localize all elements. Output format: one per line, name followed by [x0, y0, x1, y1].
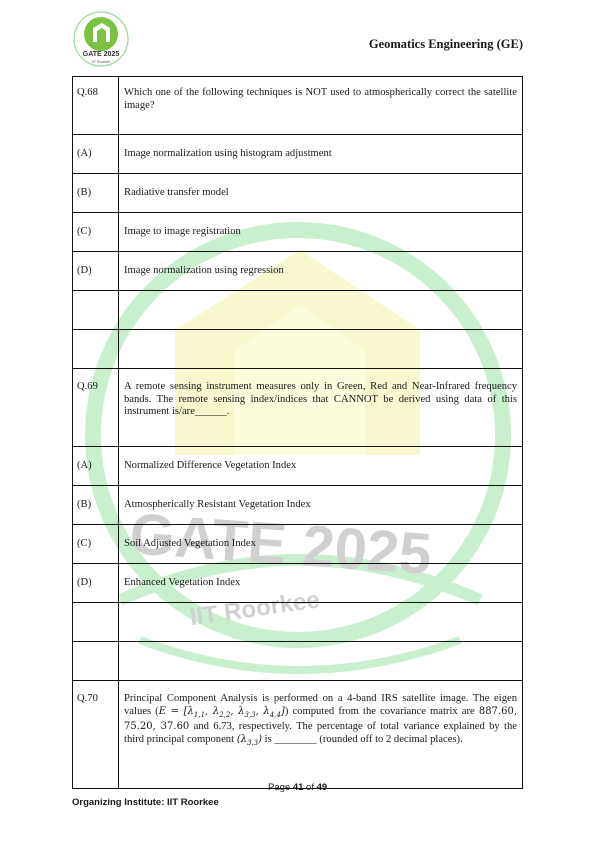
option-label: (C): [73, 525, 119, 564]
empty-cell: [73, 603, 119, 642]
option-row: (B) Atmospherically Resistant Vegetation…: [73, 486, 523, 525]
question-text-part: ) computed from the covariance matrix ar…: [285, 706, 479, 717]
paper-title: Geomatics Engineering (GE): [369, 37, 523, 52]
question-row: Q.70 Principal Component Analysis is per…: [73, 681, 523, 789]
option-row: (B) Radiative transfer model: [73, 174, 523, 213]
option-label: (C): [73, 213, 119, 252]
option-row: (D) Enhanced Vegetation Index: [73, 564, 523, 603]
empty-row: [73, 603, 523, 642]
empty-cell: [73, 330, 119, 369]
empty-cell: [119, 603, 523, 642]
question-text-part: is ________ (rounded off to 2 decimal pl…: [262, 734, 463, 745]
question-text: A remote sensing instrument measures onl…: [119, 369, 523, 447]
option-text: Radiative transfer model: [119, 174, 523, 213]
option-text: Normalized Difference Vegetation Index: [119, 447, 523, 486]
option-text: Image normalization using histogram adju…: [119, 135, 523, 174]
gate-logo: GATE 2025 IIT Roorkee: [72, 10, 130, 68]
option-text: Soil Adjusted Vegetation Index: [119, 525, 523, 564]
eigen-expression: E = [λ1,1, λ2,2, λ3,3, λ4,4]: [159, 706, 285, 717]
empty-cell: [119, 642, 523, 681]
empty-cell: [73, 642, 119, 681]
option-text: Image to image registration: [119, 213, 523, 252]
empty-row: [73, 330, 523, 369]
empty-row: [73, 642, 523, 681]
option-label: (A): [73, 135, 119, 174]
question-table: Q.68 Which one of the following techniqu…: [72, 76, 523, 789]
page-number: Page 41 of 49: [268, 782, 327, 793]
option-row: (A) Normalized Difference Vegetation Ind…: [73, 447, 523, 486]
question-row: Q.69 A remote sensing instrument measure…: [73, 369, 523, 447]
option-row: (A) Image normalization using histogram …: [73, 135, 523, 174]
question-text: Which one of the following techniques is…: [119, 77, 523, 135]
option-label: (A): [73, 447, 119, 486]
empty-cell: [73, 291, 119, 330]
option-row: (D) Image normalization using regression: [73, 252, 523, 291]
option-label: (D): [73, 252, 119, 291]
option-row: (C) Soil Adjusted Vegetation Index: [73, 525, 523, 564]
question-row: Q.68 Which one of the following techniqu…: [73, 77, 523, 135]
question-number: Q.68: [73, 77, 119, 135]
question-number: Q.70: [73, 681, 119, 789]
option-label: (B): [73, 486, 119, 525]
question-number: Q.69: [73, 369, 119, 447]
empty-cell: [119, 291, 523, 330]
empty-cell: [119, 330, 523, 369]
option-row: (C) Image to image registration: [73, 213, 523, 252]
question-text: Principal Component Analysis is performe…: [119, 681, 523, 789]
option-text: Enhanced Vegetation Index: [119, 564, 523, 603]
option-label: (D): [73, 564, 119, 603]
svg-text:IIT Roorkee: IIT Roorkee: [92, 60, 110, 64]
organizing-institute: Organizing Institute: IIT Roorkee: [72, 797, 219, 808]
svg-text:GATE 2025: GATE 2025: [83, 51, 120, 58]
component-expression: (λ3,3): [237, 734, 262, 745]
option-text: Image normalization using regression: [119, 252, 523, 291]
option-label: (B): [73, 174, 119, 213]
empty-row: [73, 291, 523, 330]
option-text: Atmospherically Resistant Vegetation Ind…: [119, 486, 523, 525]
